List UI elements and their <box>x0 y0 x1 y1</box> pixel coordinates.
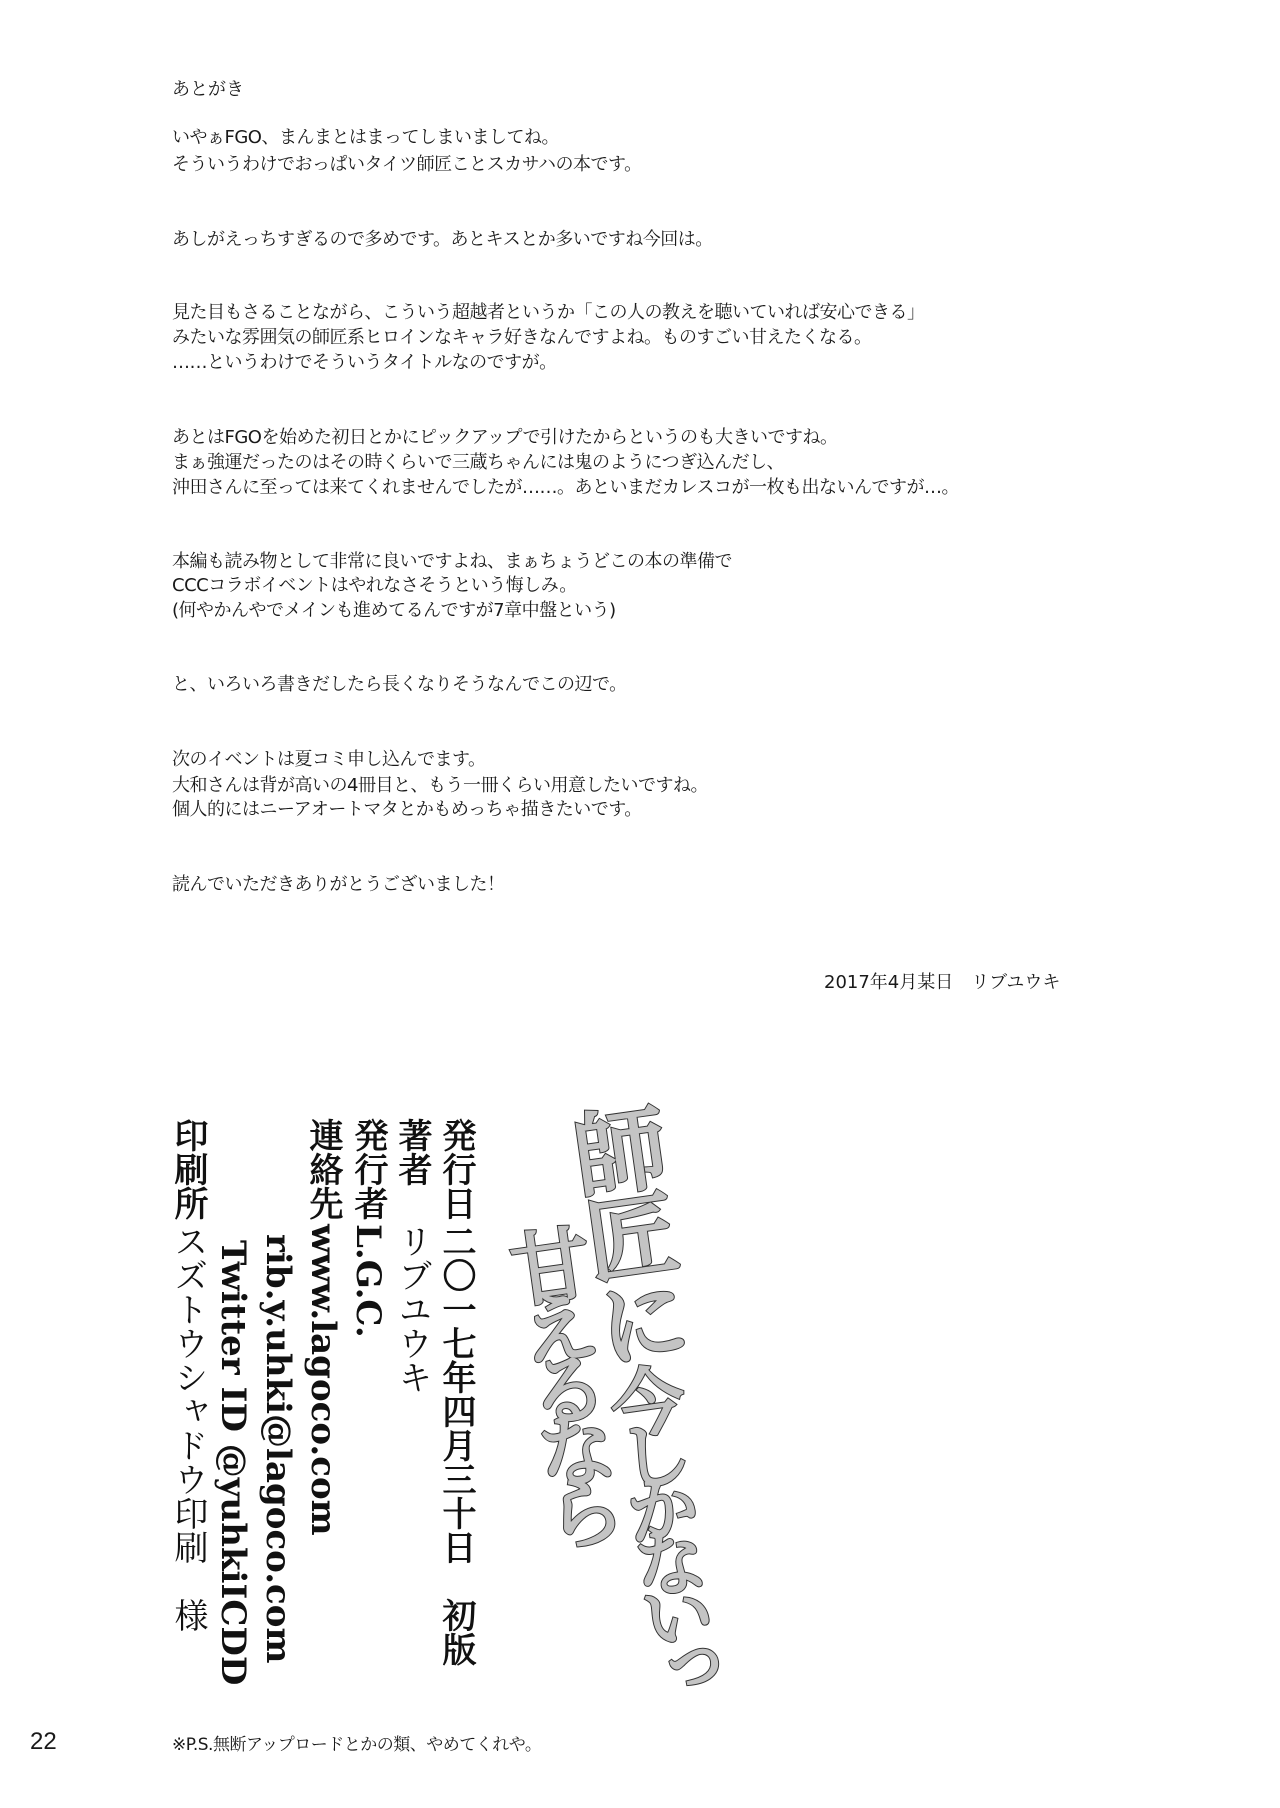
issue-date-value: 二〇一七年四月三十日 初版 <box>436 1224 476 1666</box>
afterword-signature: 2017年4月某日 リブユウキ <box>824 968 1060 994</box>
paragraph-4-line-3: 沖田さんに至っては来てくれませんでしたが……。あといまだカレスコが一枚も出ないん… <box>172 475 959 500</box>
footer-note: ※P.S.無断アップロードとかの類、やめてくれや。 <box>172 1730 541 1755</box>
publisher-value: L.G.C. <box>348 1224 388 1338</box>
contact-email: rib.y.uhki@lagoco.com <box>258 1234 298 1663</box>
author-value: リブユウキ <box>392 1224 432 1394</box>
paragraph-1-line-2: そういうわけでおっぱいタイツ師匠ことスカサハの本です。 <box>172 152 642 177</box>
paragraph-4-line-2: まぁ強運だったのはその時くらいで三蔵ちゃんには鬼のようにつぎ込んだし、 <box>172 450 784 475</box>
paragraph-3-line-1: 見た目もさることながら、こういう超越者というか「この人の教えを聴いていれば安心で… <box>172 300 925 325</box>
paragraph-6-line-1: と、いろいろ書きだしたら長くなりそうなんでこの辺で。 <box>172 672 627 697</box>
paragraph-3-line-3: ……というわけでそういうタイトルなのですが。 <box>172 350 557 375</box>
contact-label: 連絡先 <box>303 1118 343 1220</box>
paragraph-5-line-2: CCCコラボイベントはやれなさそうという悔しみ。 <box>172 573 577 598</box>
issue-date-label: 発行日 <box>436 1118 476 1220</box>
title-line-3: 今しかないっ <box>600 1360 718 1691</box>
paragraph-7-line-2: 大和さんは背が高いの4冊目と、もう一冊くらい用意したいですね。 <box>172 773 708 798</box>
paragraph-8-line-1: 読んでいただきありがとうございました！ <box>172 872 505 897</box>
paragraph-5-line-1: 本編も読み物として非常に良いですよね、まぁちょうどこの本の準備で <box>172 549 732 574</box>
printer-value: スズトウシャドウ印刷 様 <box>168 1224 208 1632</box>
paragraph-7-line-3: 個人的にはニーアオートマタとかもめっちゃ描きたいです。 <box>172 797 642 822</box>
publisher-label: 発行者 <box>348 1118 388 1220</box>
page-number: 22 <box>30 1728 57 1756</box>
paragraph-5-line-3: (何やかんやでメインも進めてるんですが7章中盤という) <box>172 598 616 623</box>
afterword-heading: あとがき <box>172 75 244 101</box>
author-label: 著者 <box>392 1118 432 1186</box>
paragraph-4-line-1: あとはFGOを始めた初日とかにピックアップで引けたからというのも大きいですね。 <box>172 425 838 450</box>
paragraph-1-line-1: いやぁFGO、まんまとはまってしまいましてね。 <box>172 125 559 150</box>
paragraph-2-line-1: あしがえっちすぎるので多めです。あとキスとか多いですね今回は。 <box>172 227 713 252</box>
contact-twitter: Twitter ID @yuhkiICDD <box>213 1240 253 1685</box>
printer-label: 印刷所 <box>168 1118 208 1220</box>
paragraph-7-line-1: 次のイベントは夏コミ申し込んでます。 <box>172 747 486 772</box>
paragraph-3-line-2: みたいな雰囲気の師匠系ヒロインなキャラ好きなんですよね。ものすごい甘えたくなる。 <box>172 325 871 350</box>
contact-web: www.lagoco.com <box>303 1224 343 1536</box>
